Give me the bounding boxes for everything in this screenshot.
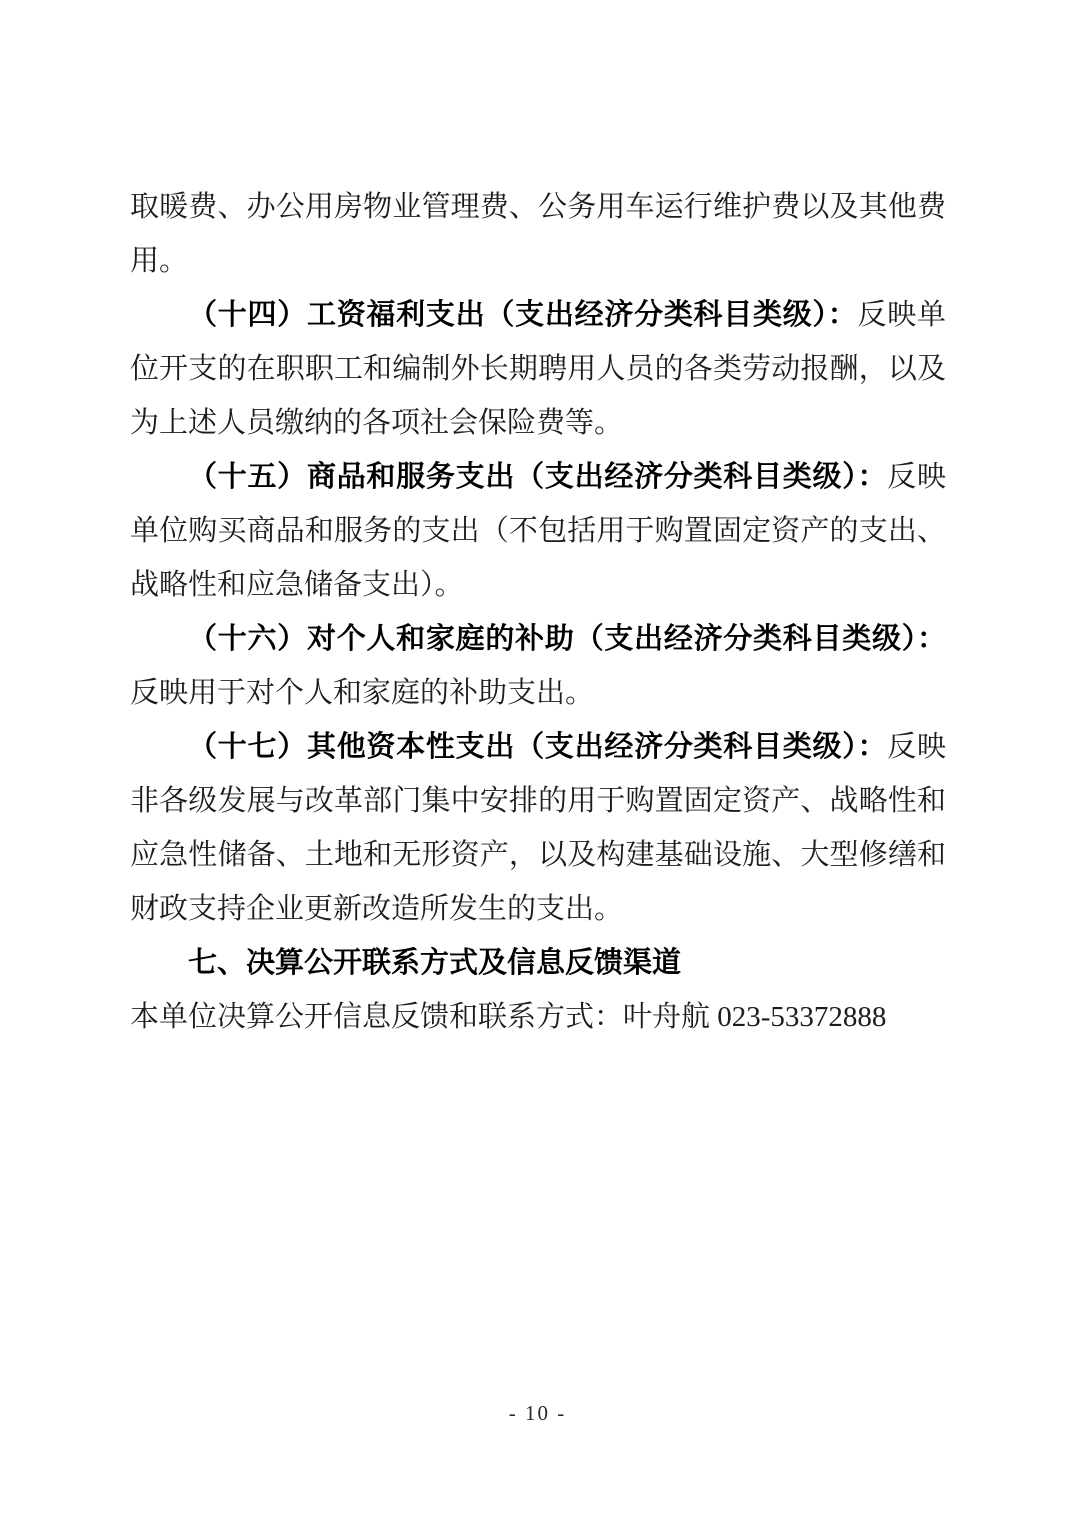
paragraph-item-14-lead: （十四）工资福利支出（支出经济分类科目类级）： — [188, 299, 858, 331]
paragraph-item-17-lead: （十七）其他资本性支出（支出经济分类科目类级）： — [188, 731, 887, 763]
contact-line: 本单位决算公开信息反馈和联系方式：叶舟航 023-53372888 — [130, 990, 946, 1044]
paragraph-item-14: （十四）工资福利支出（支出经济分类科目类级）：反映单位开支的在职职工和编制外长期… — [130, 288, 946, 450]
paragraph-item-17: （十七）其他资本性支出（支出经济分类科目类级）：反映非各级发展与改革部门集中安排… — [130, 720, 946, 936]
paragraph-item-16: （十六）对个人和家庭的补助（支出经济分类科目类级）：反映用于对个人和家庭的补助支… — [130, 612, 946, 720]
section-heading: 七、决算公开联系方式及信息反馈渠道 — [130, 936, 946, 990]
document-body: 取暖费、办公用房物业管理费、公务用车运行维护费以及其他费用。 （十四）工资福利支… — [130, 180, 946, 1044]
paragraph-item-15-lead: （十五）商品和服务支出（支出经济分类科目类级）： — [188, 461, 887, 493]
paragraph-item-16-text: 反映用于对个人和家庭的补助支出。 — [130, 677, 594, 709]
paragraph-item-15: （十五）商品和服务支出（支出经济分类科目类级）：反映单位购买商品和服务的支出（不… — [130, 450, 946, 612]
document-page: 取暖费、办公用房物业管理费、公务用车运行维护费以及其他费用。 （十四）工资福利支… — [0, 0, 1075, 1520]
page-number: - 10 - — [0, 1398, 1075, 1428]
paragraph-continuation: 取暖费、办公用房物业管理费、公务用车运行维护费以及其他费用。 — [130, 180, 946, 288]
paragraph-item-16-lead: （十六）对个人和家庭的补助（支出经济分类科目类级）： — [188, 623, 946, 655]
